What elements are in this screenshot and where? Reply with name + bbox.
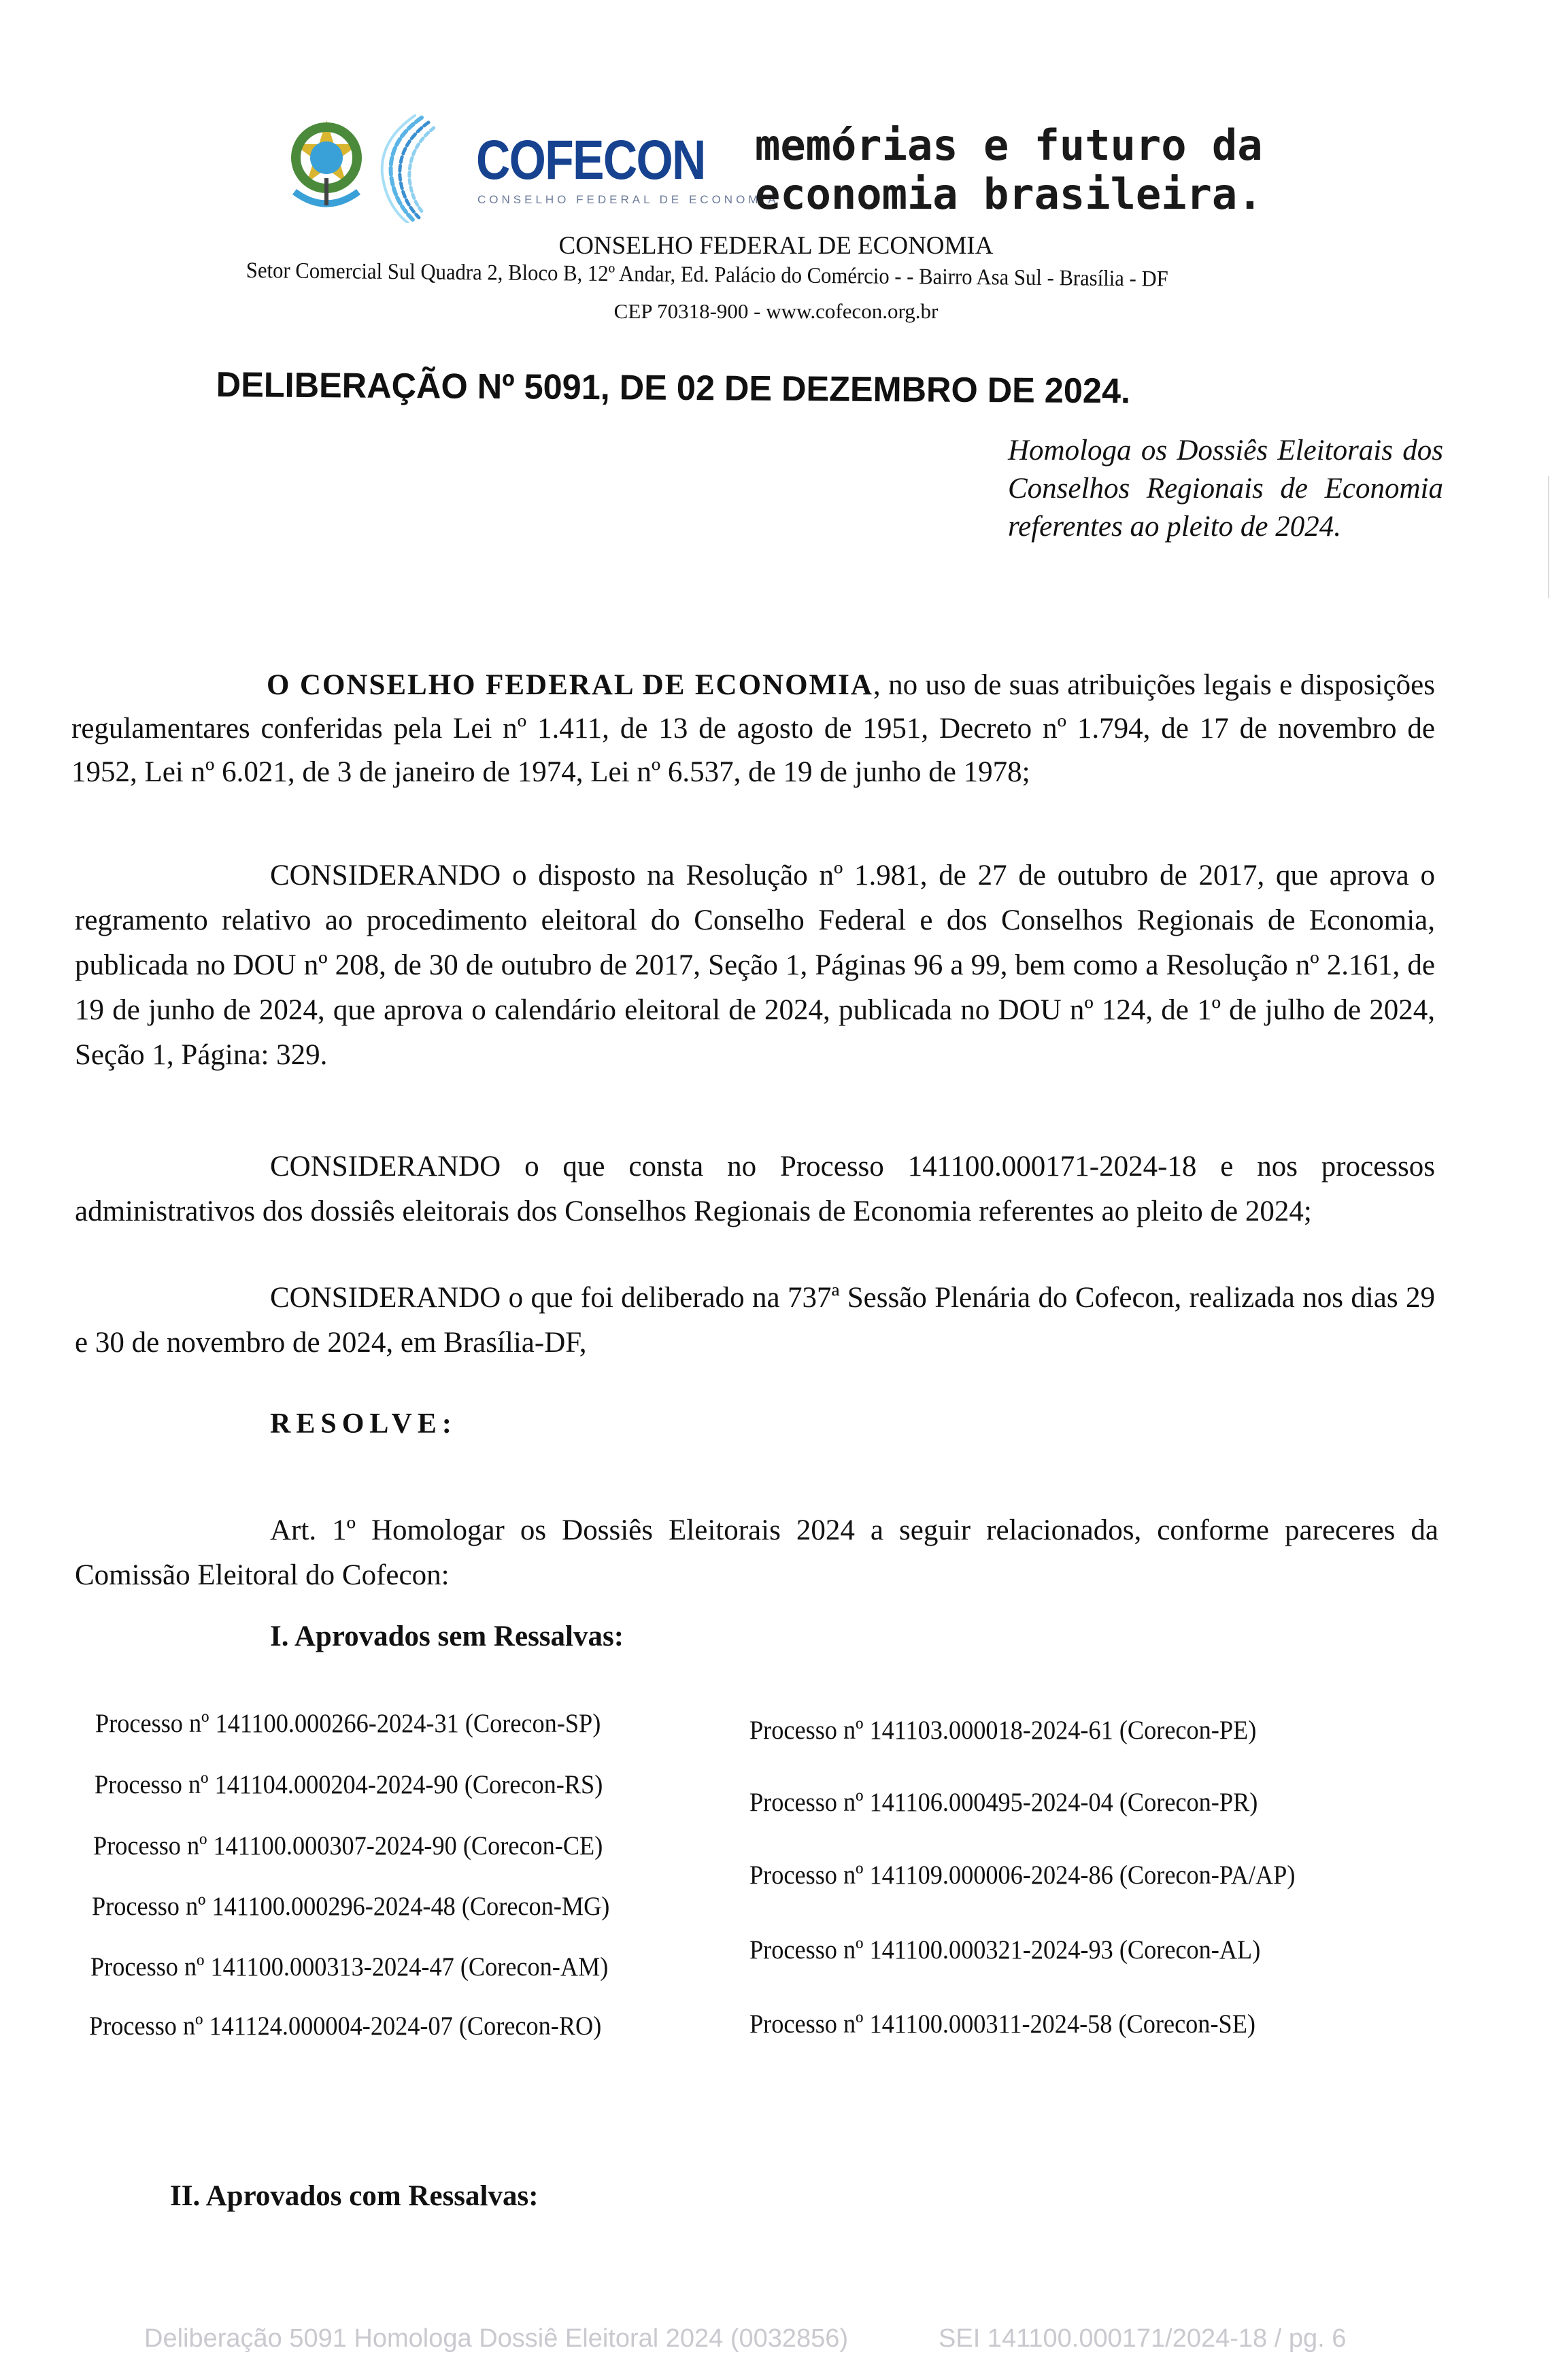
footer-page-ref: SEI 141100.000171/2024-18 / pg. 6 <box>939 2324 1346 2353</box>
cofecon-wave-logo-icon <box>374 114 435 223</box>
process-item: Processo nº 141100.000266-2024-31 (Corec… <box>95 1708 601 1739</box>
scan-edge-mark <box>1548 476 1549 598</box>
organization-name: CONSELHO FEDERAL DE ECONOMIA <box>0 231 1552 260</box>
process-item: Processo nº 141124.000004-2024-07 (Corec… <box>89 2011 601 2041</box>
process-item: Processo nº 141103.000018-2024-61 (Corec… <box>749 1715 1256 1746</box>
slogan-line-1: memórias e futuro da <box>755 121 1263 170</box>
footer-document-id: Deliberação 5091 Homologa Dossiê Eleitor… <box>144 2324 848 2353</box>
brand-name: COFECON <box>476 133 705 188</box>
considerando-3: CONSIDERANDO o que foi deliberado na 737… <box>75 1276 1435 1365</box>
process-item: Processo nº 141106.000495-2024-04 (Corec… <box>749 1787 1258 1818</box>
preamble-subject: O CONSELHO FEDERAL DE ECONOMIA <box>267 669 873 701</box>
process-item: Processo nº 141104.000204-2024-90 (Corec… <box>95 1769 603 1800</box>
process-item: Processo nº 141100.000313-2024-47 (Corec… <box>90 1952 608 1982</box>
considerando-1-text: CONSIDERANDO o disposto na Resolução nº … <box>75 860 1435 1071</box>
slogan: memórias e futuro da economia brasileira… <box>755 121 1263 219</box>
page-title: DELIBERAÇÃO Nº 5091, DE 02 DE DEZEMBRO D… <box>216 364 1131 412</box>
process-item: Processo nº 141100.000311-2024-58 (Corec… <box>749 2009 1255 2039</box>
brand-subtitle: CONSELHO FEDERAL DE ECONOMIA <box>477 193 779 207</box>
considerando-2-text: CONSIDERANDO o que consta no Processo 14… <box>75 1151 1435 1227</box>
section-approved-without-reservations: I. Aprovados sem Ressalvas: <box>270 1620 624 1653</box>
considerando-2: CONSIDERANDO o que consta no Processo 14… <box>75 1144 1435 1234</box>
cep-website: CEP 70318-900 - www.cofecon.org.br <box>0 299 1552 324</box>
article-1-text: Art. 1º Homologar os Dossiês Eleitorais … <box>75 1514 1438 1591</box>
considerando-1: CONSIDERANDO o disposto na Resolução nº … <box>75 853 1435 1078</box>
process-item: Processo nº 141100.000321-2024-93 (Corec… <box>749 1935 1260 1965</box>
slogan-line-2: economia brasileira. <box>755 170 1263 219</box>
process-item: Processo nº 141100.000307-2024-90 (Corec… <box>93 1831 603 1861</box>
considerando-3-text: CONSIDERANDO o que foi deliberado na 737… <box>75 1282 1435 1359</box>
address: Setor Comercial Sul Quadra 2, Bloco B, 1… <box>246 258 1168 292</box>
section-approved-with-reservations: II. Aprovados com Ressalvas: <box>170 2179 539 2213</box>
ementa: Homologa os Dossiês Eleitorais dos Conse… <box>1008 432 1443 546</box>
resolve-heading: RESOLVE: <box>270 1408 457 1440</box>
brazil-coat-of-arms-icon <box>289 117 364 216</box>
process-item: Processo nº 141100.000296-2024-48 (Corec… <box>92 1891 609 1922</box>
preamble-paragraph: O CONSELHO FEDERAL DE ECONOMIA, no uso d… <box>71 664 1435 794</box>
article-1: Art. 1º Homologar os Dossiês Eleitorais … <box>75 1508 1438 1598</box>
process-item: Processo nº 141109.000006-2024-86 (Corec… <box>749 1860 1295 1890</box>
